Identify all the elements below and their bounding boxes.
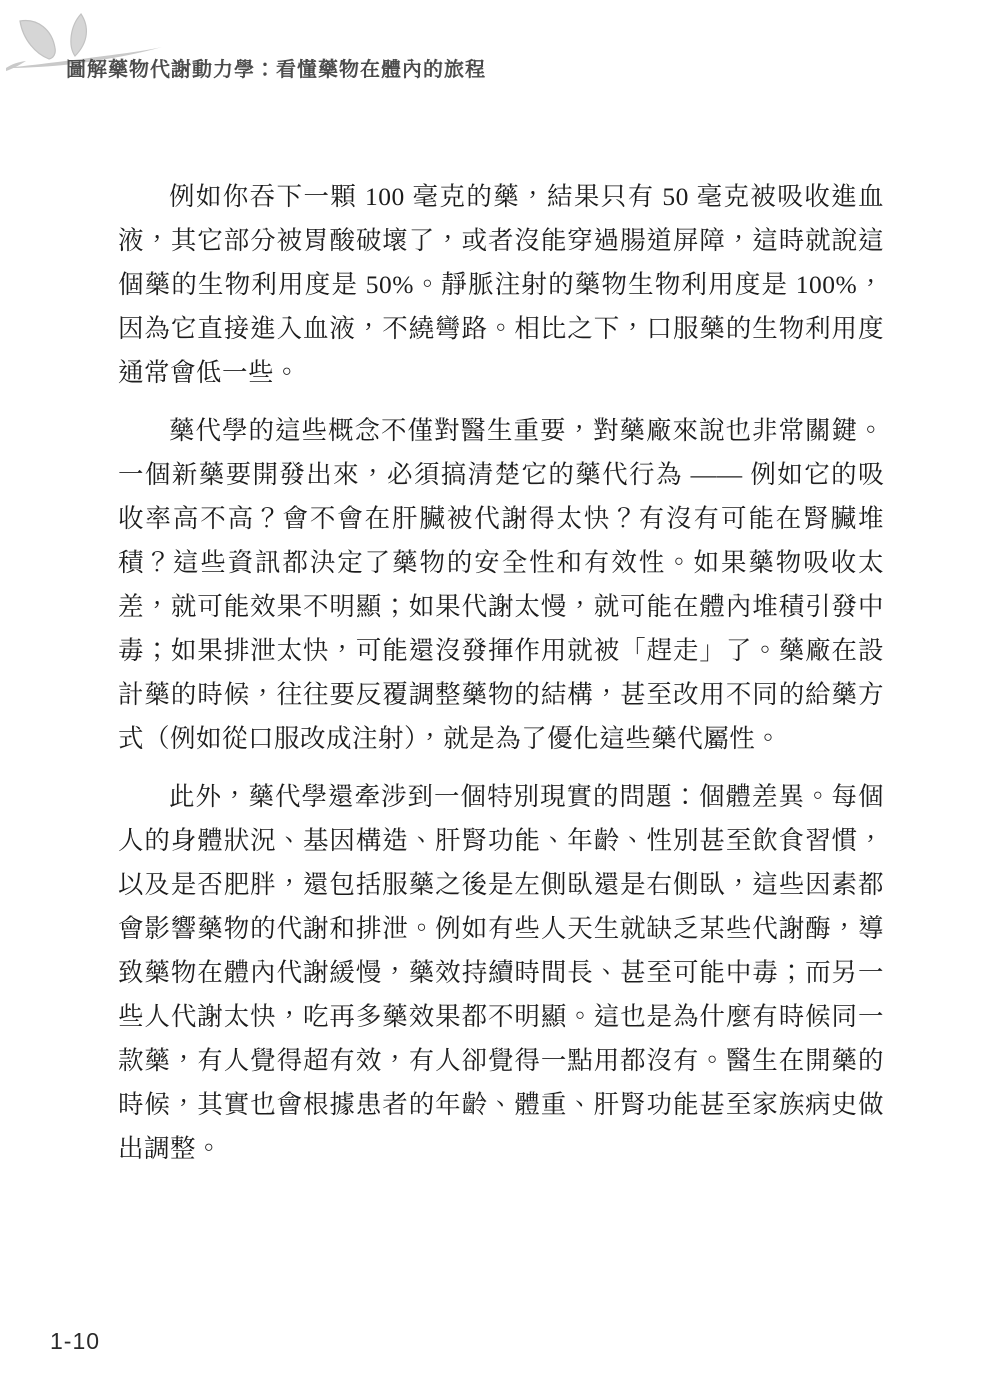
- running-title: 圖解藥物代謝動力學：看懂藥物在體內的旅程: [66, 53, 486, 82]
- page-number: 1-10: [50, 1328, 100, 1354]
- paragraph-bioavailability-example: 例如你吞下一顆 100 毫克的藥，結果只有 50 毫克被吸收進血液，其它部分被胃…: [118, 175, 884, 395]
- paragraph-drug-development: 藥代學的這些概念不僅對醫生重要，對藥廠來說也非常關鍵。一個新藥要開發出來，必須搞…: [118, 409, 884, 761]
- paragraph-individual-differences: 此外，藥代學還牽涉到一個特別現實的問題：個體差異。每個人的身體狀況、基因構造、肝…: [118, 775, 884, 1171]
- page-header: 圖解藥物代謝動力學：看懂藥物在體內的旅程: [0, 0, 1000, 100]
- book-page: 圖解藥物代謝動力學：看懂藥物在體內的旅程 例如你吞下一顆 100 毫克的藥，結果…: [0, 0, 1000, 1379]
- body-text: 例如你吞下一顆 100 毫克的藥，結果只有 50 毫克被吸收進血液，其它部分被胃…: [118, 175, 884, 1185]
- page-footer: 1-10: [50, 1328, 100, 1355]
